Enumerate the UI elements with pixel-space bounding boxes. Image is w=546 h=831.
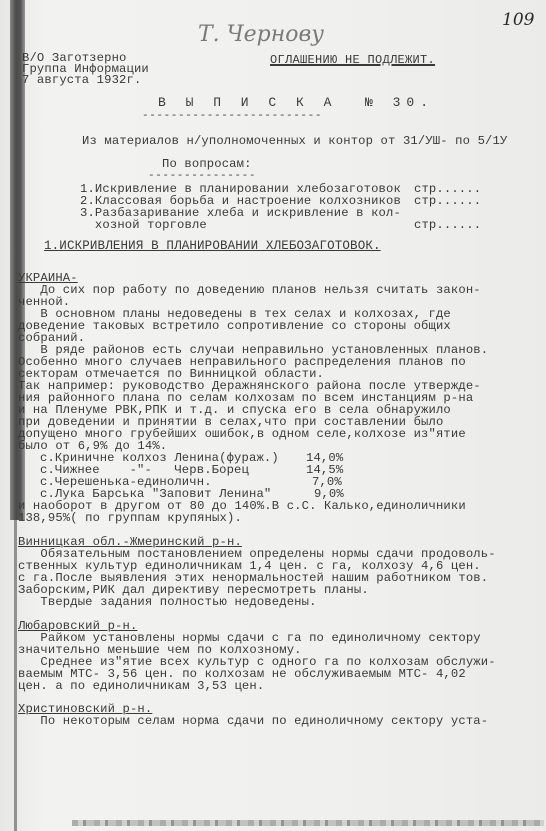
binding-line: [14, 520, 17, 831]
page-number: 109: [502, 10, 534, 30]
topics-underline: ---------------: [148, 170, 256, 182]
paragraph-line: цен. а по единоличникам 3,53 цен.: [18, 680, 264, 692]
toc-item: хозной торговле: [80, 219, 207, 231]
document-title: В Ы П И С К А № 30.: [158, 95, 434, 110]
header-left-line-3: 7 августа 1932г.: [22, 74, 141, 86]
paragraph-line: Твердые задания полностью недоведены.: [18, 596, 317, 608]
subtitle: Из материалов н/уполномоченных и контор …: [82, 135, 507, 147]
scan-edge-strip: [72, 820, 544, 826]
section-heading: 1.ИСКРИВЛЕНИЯ В ПЛАНИРОВАНИИ ХЛЕБОЗАГОТО…: [44, 240, 381, 252]
document-page: Т. Чернову 109 В/О Заготзерно Группа Инф…: [0, 0, 546, 831]
paragraph-line: По некоторым селам норма сдачи по единол…: [18, 715, 488, 727]
paragraph-line: 138,95%( по группам крупяных).: [18, 512, 242, 524]
secret-stamp: ОГЛАШЕНИЮ НЕ ПОДЛЕЖИТ.: [270, 53, 435, 67]
title-underline: -------------------------: [142, 110, 322, 122]
handwritten-note: Т. Чернову: [198, 22, 324, 47]
toc-page: стр......: [414, 219, 481, 231]
topics-heading: По вопросам:: [162, 158, 252, 170]
paragraph-line: До сих пор работу по доведению планов не…: [18, 284, 481, 296]
toc-page: стр......: [414, 195, 481, 207]
